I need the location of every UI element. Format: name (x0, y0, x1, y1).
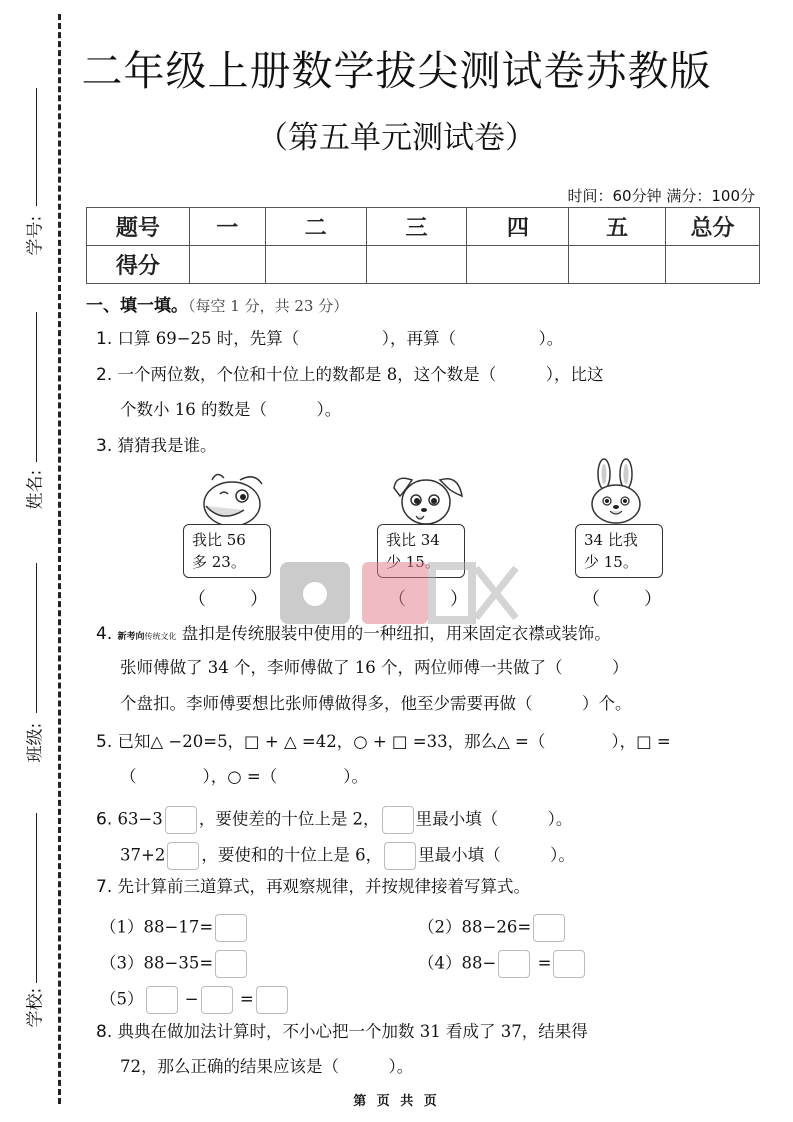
score-cell[interactable] (366, 246, 467, 284)
topic-tag: 新考向传统文化 (117, 632, 176, 642)
speech-line: 多 23。 (192, 551, 262, 573)
score-table-header-row: 题号 一 二 三 四 五 总分 (87, 208, 760, 246)
question-5-line-2: （ ），○ =（ ）。 (120, 766, 368, 788)
answer-box[interactable] (165, 806, 197, 834)
student-id-label: 学号: (21, 226, 46, 256)
item-label: （4）88− (418, 954, 496, 973)
question-5-line-1: 5. 已知△ −20=5，□ + △ =42，○ + □ =33，那么△ =（ … (96, 731, 671, 753)
q7-item-4: （4）88− = (418, 950, 587, 978)
equals-sign: = (240, 990, 254, 1009)
item-label: （3）88−35= (100, 954, 213, 973)
question-number: 5. (96, 732, 112, 752)
question-text: 盘扣是传统服装中使用的一种纽扣，用来固定衣襟或装饰。 (182, 624, 611, 643)
header-cell: 三 (366, 208, 467, 246)
question-number: 1. (96, 329, 112, 349)
question-text: ，要使差的十位上是 2， (199, 810, 380, 829)
answer-box[interactable] (146, 986, 178, 1014)
question-2-line-2: 个数小 16 的数是（ ）。 (120, 399, 341, 421)
watermark-logo-icon (280, 560, 520, 626)
answer-box[interactable] (533, 914, 565, 942)
item-label: （2）88−26= (418, 918, 531, 937)
speech-line: 我比 34 (386, 529, 456, 551)
question-number: 6. (96, 810, 112, 830)
speech-line: 34 比我 (584, 529, 654, 551)
score-table-score-row: 得分 (87, 246, 760, 284)
goat-illustration-icon (192, 470, 272, 530)
score-cell[interactable] (569, 246, 666, 284)
answer-box[interactable] (498, 950, 530, 978)
binding-dashed-line (58, 14, 61, 1104)
class-line[interactable] (36, 563, 37, 713)
row-label: 得分 (87, 246, 190, 284)
question-number: 8. (96, 1022, 112, 1042)
score-cell[interactable] (189, 246, 265, 284)
question-4-line-2: 张师傅做了 34 个，李师傅做了 16 个，两位师傅一共做了（ ） (120, 657, 628, 679)
question-text: 里最小填（ ）。 (418, 846, 575, 865)
section-title: 一、填一填。 (86, 296, 188, 316)
question-4-line-1: 4. 新考向传统文化 盘扣是传统服装中使用的一种纽扣，用来固定衣襟或装饰。 (96, 623, 611, 648)
question-6-row-1: 6. 63−3，要使差的十位上是 2，里最小填（ ）。 (96, 806, 572, 834)
question-text: 典典在做加法计算时，不小心把一个加数 31 看成了 37，结果得 (117, 1022, 587, 1041)
tag-sub: 传统文化 (145, 632, 177, 641)
item-label: （5） (100, 990, 144, 1009)
q7-item-1: （1）88−17= (100, 914, 249, 942)
question-3: 3. 猜猜我是谁。 (96, 435, 216, 457)
question-number: 7. (96, 877, 112, 897)
paren-open: （ (582, 585, 600, 611)
answer-blank-goat[interactable]: （ ） (188, 585, 268, 611)
header-cell: 二 (265, 208, 366, 246)
header-cell: 一 (189, 208, 265, 246)
q7-item-3: （3）88−35= (100, 950, 249, 978)
page-title: 二年级上册数学拔尖测试卷苏教版 (0, 38, 793, 97)
header-cell: 五 (569, 208, 666, 246)
question-1: 1. 口算 69−25 时，先算（ ），再算（ ）。 (96, 328, 563, 350)
dog-illustration-icon (386, 470, 466, 528)
section-heading: 一、填一填。（每空 1 分，共 23 分） (86, 291, 348, 316)
answer-box[interactable] (384, 842, 416, 870)
question-text: 已知△ −20=5，□ + △ =42，○ + □ =33，那么△ =（ ），□… (117, 732, 670, 751)
question-text: 一个两位数，个位和十位上的数都是 8，这个数是（ ），比这 (117, 365, 603, 384)
question-7: 7. 先计算前三道算式，再观察规律，并按规律接着写算式。 (96, 876, 530, 898)
speech-line: 我比 56 (192, 529, 262, 551)
question-text: 里最小填（ ）。 (416, 810, 573, 829)
answer-box[interactable] (215, 950, 247, 978)
answer-box[interactable] (167, 842, 199, 870)
school-label: 学校: (21, 998, 46, 1028)
speech-line: 少 15。 (584, 551, 654, 573)
q7-item-2: （2）88−26= (418, 914, 567, 942)
speech-box-goat: 我比 56 多 23。 (183, 524, 271, 578)
question-4-line-3: 个盘扣。李师傅要想比张师傅做得多，他至少需要再做（ ）个。 (120, 693, 632, 715)
name-line[interactable] (36, 312, 37, 462)
header-cell: 题号 (87, 208, 190, 246)
expression: 37+2 (120, 846, 165, 865)
speech-box-rabbit: 34 比我 少 15。 (575, 524, 663, 578)
equals-sign: = (538, 954, 552, 973)
question-number: 4. (96, 624, 112, 644)
minus-sign: − (185, 990, 199, 1009)
rabbit-illustration-icon (586, 458, 646, 526)
q7-item-5: （5） − = (100, 986, 290, 1014)
question-8-line-1: 8. 典典在做加法计算时，不小心把一个加数 31 看成了 37，结果得 (96, 1021, 588, 1043)
question-text: 先计算前三道算式，再观察规律，并按规律接着写算式。 (117, 877, 530, 896)
item-label: （1）88−17= (100, 918, 213, 937)
score-table: 题号 一 二 三 四 五 总分 得分 (86, 207, 760, 284)
header-cell: 总分 (666, 208, 760, 246)
answer-box[interactable] (201, 986, 233, 1014)
answer-box[interactable] (256, 986, 288, 1014)
score-cell[interactable] (265, 246, 366, 284)
answer-blank-rabbit[interactable]: （ ） (582, 585, 662, 611)
question-2-line-1: 2. 一个两位数，个位和十位上的数都是 8，这个数是（ ），比这 (96, 364, 603, 386)
page-footer: 第 页 共 页 (0, 1090, 793, 1109)
question-8-line-2: 72，那么正确的结果应该是（ ）。 (120, 1056, 413, 1078)
tag-main: 新考向 (117, 632, 144, 642)
score-cell[interactable] (666, 246, 760, 284)
paren-close: ） (644, 585, 662, 611)
score-cell[interactable] (467, 246, 569, 284)
answer-box[interactable] (215, 914, 247, 942)
question-number: 3. (96, 436, 112, 456)
section-note: （每空 1 分，共 23 分） (188, 297, 348, 315)
exam-meta: 时间：60分钟 满分：100分 (568, 185, 756, 206)
class-label: 班级: (21, 733, 46, 763)
question-number: 2. (96, 365, 112, 385)
name-label: 姓名: (21, 480, 46, 510)
question-text: 口算 69−25 时，先算（ ），再算（ ）。 (117, 329, 563, 348)
question-6-row-2: 37+2，要使和的十位上是 6，里最小填（ ）。 (120, 842, 575, 870)
question-text: 猜猜我是谁。 (117, 436, 216, 455)
paren-close: ） (250, 585, 268, 611)
answer-box[interactable] (382, 806, 414, 834)
answer-box[interactable] (553, 950, 585, 978)
school-line[interactable] (36, 813, 37, 983)
expression: 63−3 (117, 810, 162, 829)
page-subtitle: （第五单元测试卷） (0, 112, 793, 157)
header-cell: 四 (467, 208, 569, 246)
question-text: ，要使和的十位上是 6， (201, 846, 382, 865)
paren-open: （ (188, 585, 206, 611)
